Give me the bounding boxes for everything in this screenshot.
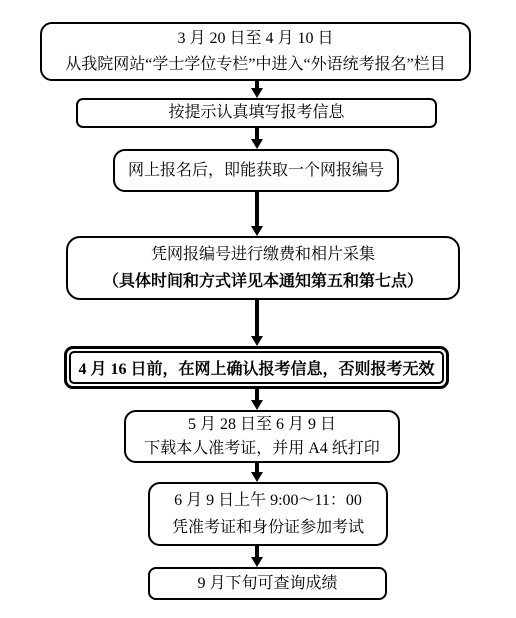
step-text-line: 凭准考证和身份证参加考试	[172, 514, 364, 541]
step-text-line: 下载本人准考证，并用 A4 纸打印	[144, 437, 380, 461]
step-text-line-emphasis: 4 月 16 日前，在网上确认报考信息，否则报考无效	[78, 356, 434, 379]
flow-step-pay-and-photo-collection: 凭网报编号进行缴费和相片采集 （具体时间和方式详见本通知第五和第七点）	[66, 236, 460, 300]
arrow-head	[251, 88, 263, 98]
flow-step-confirm-information-deadline: 4 月 16 日前，在网上确认报考信息，否则报考无效	[64, 346, 449, 389]
down-arrow-icon	[250, 389, 263, 410]
arrow-shaft	[255, 389, 259, 400]
down-arrow-icon	[250, 463, 263, 482]
flowchart-canvas: 3 月 20 日至 4 月 10 日 从我院网站“学士学位专栏”中进入“外语统考…	[0, 0, 516, 618]
arrow-shaft	[255, 128, 259, 139]
step-text-line: 6 月 9 日上午 9:00～11：00	[174, 487, 362, 514]
down-arrow-icon	[250, 546, 263, 567]
arrow-head	[251, 336, 263, 346]
arrow-shaft	[255, 300, 259, 336]
step-text-line: 凭网报编号进行缴费和相片采集	[151, 241, 375, 268]
down-arrow-icon	[250, 300, 263, 346]
step-text-line: 3 月 20 日至 4 月 10 日	[177, 26, 333, 52]
arrow-shaft	[255, 192, 259, 226]
step-text-line: 按提示认真填写报考信息	[168, 100, 344, 126]
down-arrow-icon	[250, 81, 263, 98]
step-text-line: 从我院网站“学士学位专栏”中进入“外语统考报名”栏目	[65, 52, 445, 78]
step-text-line: 网上报名后，即能获取一个网报编号	[128, 158, 384, 184]
flow-step-take-exam: 6 月 9 日上午 9:00～11：00 凭准考证和身份证参加考试	[148, 482, 388, 546]
down-arrow-icon	[250, 192, 263, 236]
arrow-head	[251, 226, 263, 236]
flow-step-check-results: 9 月下旬可查询成绩	[148, 567, 387, 600]
flow-step-enter-registration-column: 3 月 20 日至 4 月 10 日 从我院网站“学士学位专栏”中进入“外语统考…	[40, 22, 471, 81]
step-text-line-emphasis: （具体时间和方式详见本通知第五和第七点）	[103, 268, 423, 295]
flow-step-fill-in-information: 按提示认真填写报考信息	[76, 98, 437, 128]
arrow-shaft	[255, 546, 259, 557]
arrow-head	[251, 472, 263, 482]
arrow-head	[251, 400, 263, 410]
arrow-head	[251, 557, 263, 567]
arrow-head	[251, 139, 263, 149]
step-text-line: 9 月下旬可查询成绩	[197, 571, 337, 597]
flow-step-get-online-number: 网上报名后，即能获取一个网报编号	[113, 149, 399, 192]
arrow-shaft	[255, 463, 259, 472]
flow-step-download-admission-ticket: 5 月 28 日至 6 月 9 日 下载本人准考证，并用 A4 纸打印	[124, 410, 400, 463]
step-text-line: 5 月 28 日至 6 月 9 日	[188, 413, 336, 437]
arrow-shaft	[255, 81, 259, 88]
down-arrow-icon	[250, 128, 263, 149]
double-border-inner-frame: 4 月 16 日前，在网上确认报考信息，否则报考无效	[69, 351, 444, 384]
